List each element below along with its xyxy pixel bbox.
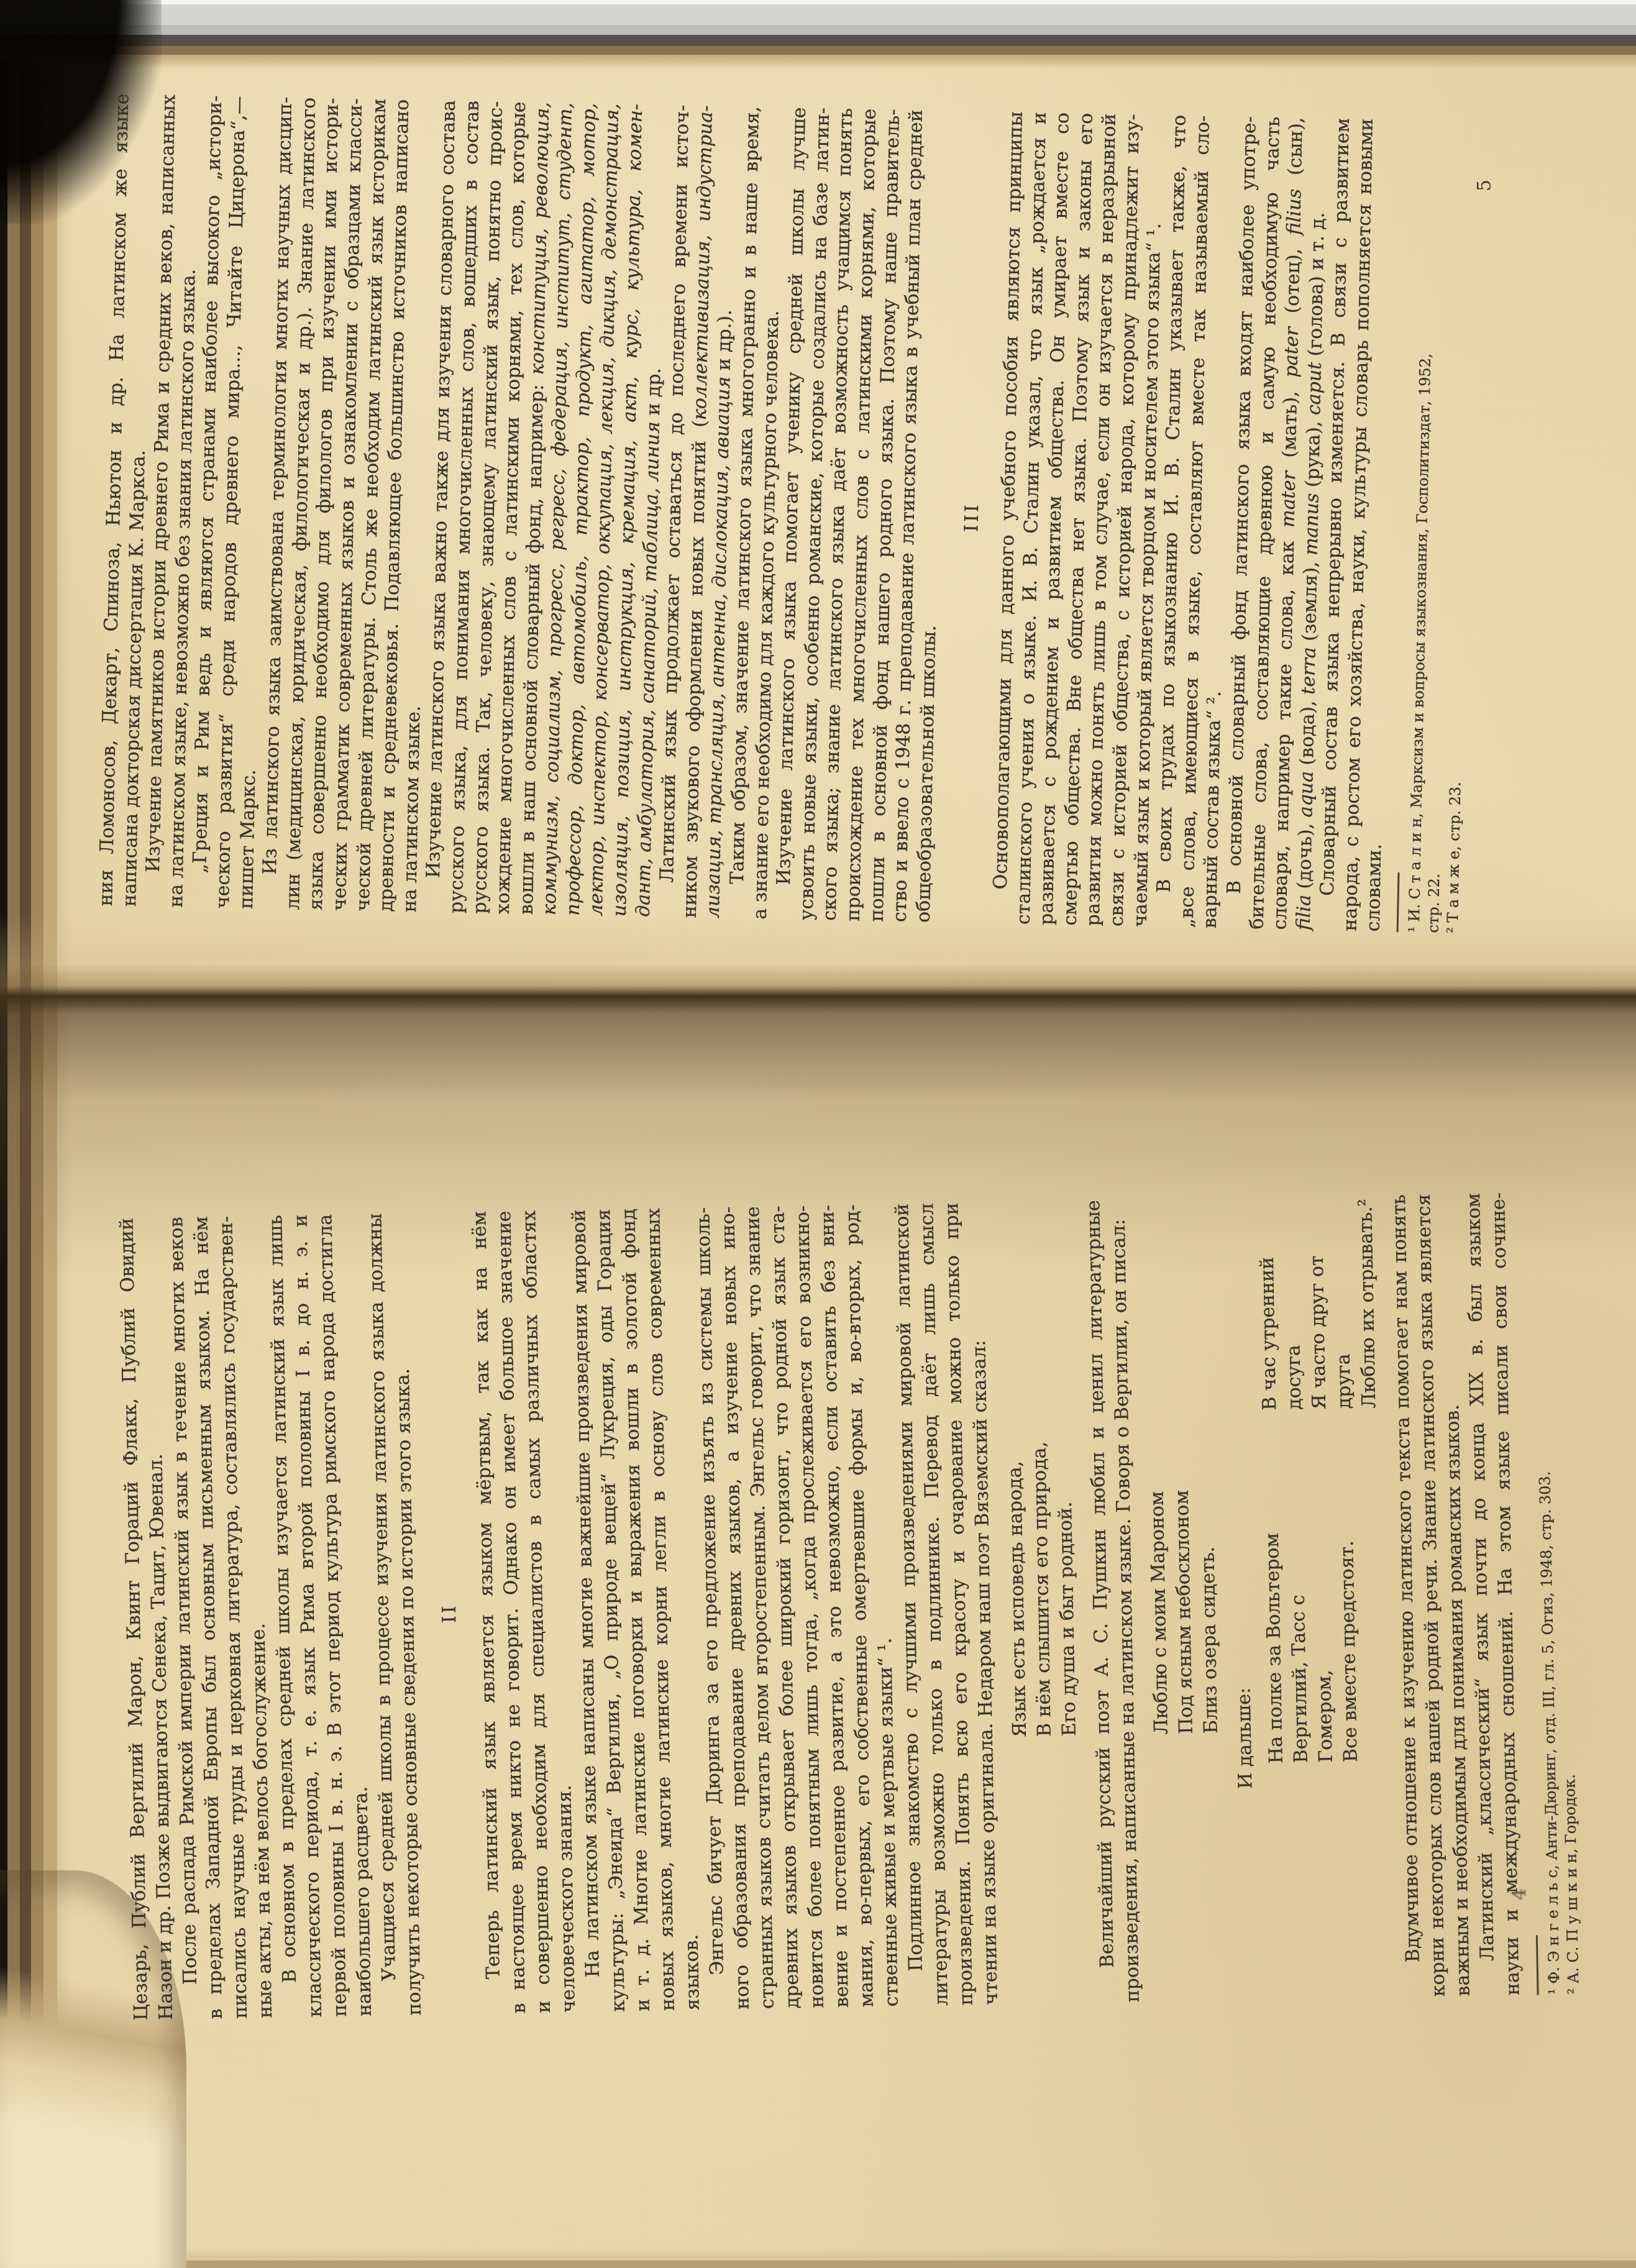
paragraph: Величайший русский поэт А. С. Пушкин люб… — [1081, 1199, 1146, 2003]
verse-line: Я часто друг от друга — [1304, 1196, 1357, 1410]
paragraph: Основополагающими для данного учебного п… — [989, 111, 1168, 927]
book-scan-photo: Цезарь, Публий Вергилий Марон, Квинт Гор… — [0, 0, 1636, 2268]
page-right-text: ния Ломоносов, Декарт, Спиноза, Ньютон и… — [94, 93, 1479, 933]
footnote-rule — [1536, 1935, 1539, 1995]
footnotes: ¹ И. С т а л и н, Марксизм и вопросы язы… — [1397, 119, 1479, 933]
verse-column: В час утренний досугаЯ часто друг от дру… — [1254, 1195, 1382, 1411]
verse-line: Все вместе предстоят. — [1334, 1508, 1363, 1762]
verse-quote-two-columns: На полке за ВольтеромВергилий, Тасс с Го… — [1254, 1195, 1389, 1764]
paragraph: Подлинное знакомство с лучшими произведе… — [890, 1202, 1004, 2006]
page-stack-outer-edge — [0, 2247, 1636, 2268]
page-number-left: 4 — [1509, 1888, 1530, 1900]
paragraph: После распада Римской империи латинский … — [164, 1215, 278, 2020]
section-heading: II — [430, 1212, 470, 2015]
paragraph: Энгельс бичует Дюринга за его предложени… — [691, 1204, 905, 2010]
paragraph: На латинском языке написаны многие важне… — [567, 1207, 706, 2012]
verse-line: Люблю их отрывать.² — [1353, 1195, 1382, 1409]
verse-line: На полке за Вольтером — [1259, 1509, 1289, 1763]
paragraph: Теперь латинский язык является языком мё… — [467, 1210, 582, 2014]
verse-column: На полке за ВольтеромВергилий, Тасс с Го… — [1259, 1507, 1388, 1763]
verse-label: И дальше: — [1223, 1197, 1258, 1790]
verse-quote: Язык есть исповедь народа,В нём слышится… — [998, 1200, 1082, 1737]
verse-line: В час утренний досуга — [1254, 1196, 1307, 1411]
scanner-bed-edge — [0, 0, 1636, 70]
footnote-rule — [1397, 872, 1400, 932]
paragraph: Вдумчивое отношение к изучению латинског… — [1387, 1193, 1476, 1997]
paragraph: В основной словарный фонд латинского язы… — [1222, 116, 1332, 931]
paragraph: Изучение латинского языка помогает учени… — [772, 107, 951, 923]
section-heading: III — [953, 111, 992, 923]
paragraph: Из латинского языка заимствована термино… — [258, 97, 437, 913]
footnotes: ¹ Ф. Э н г е л ь с, Анти-Дюринг, отд. II… — [1522, 1191, 1584, 1995]
verse-line: Вергилий, Тасс с Гомером, — [1284, 1509, 1338, 1763]
page-left-text: Цезарь, Публий Вергилий Марон, Квинт Гор… — [114, 1191, 1583, 2021]
paragraph: Изучение латинского языка важно также дл… — [421, 100, 671, 917]
open-book-spread: Цезарь, Публий Вергилий Марон, Квинт Гор… — [0, 0, 1636, 2268]
verse-quote: Люблю с моим МарономПод ясным небосклоно… — [1140, 1198, 1224, 1735]
page-number-right: 5 — [1474, 180, 1496, 191]
paragraph: В основном в пределах средней школы изуч… — [263, 1214, 378, 2018]
